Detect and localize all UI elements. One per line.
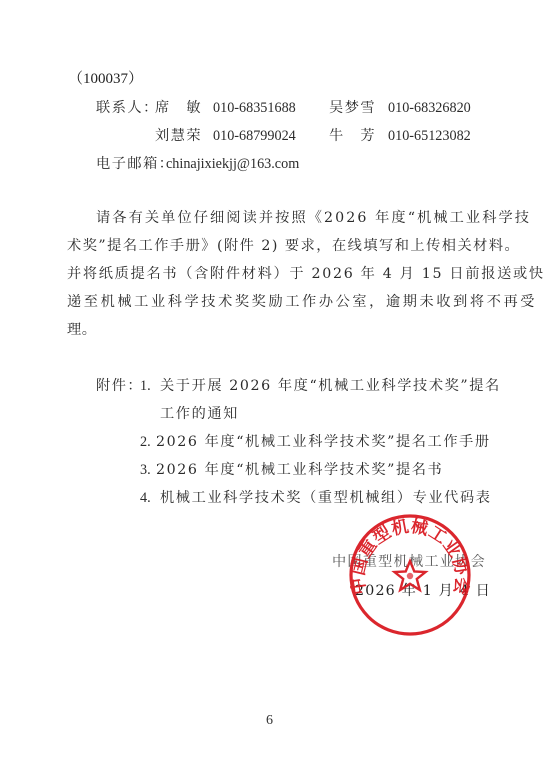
- email-address[interactable]: chinajixiekjj@163.com: [166, 155, 299, 173]
- attachment-3-title: 2026 年度“机械工业科学技术奖”提名书: [156, 461, 443, 479]
- signature-organization: 中国重型机械工业协会: [332, 553, 486, 571]
- contact-phone-2: 010-68326820: [388, 99, 471, 117]
- attachment-4-number: 4.: [140, 489, 151, 507]
- attachment-1-title-line-2: 工作的通知: [160, 405, 239, 423]
- email-label: 电子邮箱：: [96, 155, 174, 173]
- paragraph-line-4: 递至机械工业科学技术奖奖励工作办公室，逾期未收到将不再受: [67, 293, 537, 311]
- document-page: （100037） 联系人： 席 敏 010-68351688 吴梦雪 010-6…: [0, 0, 550, 778]
- paragraph-line-3: 并将纸质提名书（含附件材料）于 2026 年 4 月 15 日前报送或快: [67, 265, 545, 283]
- contacts-label: 联系人：: [96, 99, 159, 117]
- paragraph-line-1: 请各有关单位仔细阅读并按照《2026 年度“机械工业科学技: [96, 209, 531, 227]
- contact-name-1: 席 敏: [155, 99, 202, 117]
- attachment-1-title-line-1: 关于开展 2026 年度“机械工业科学技术奖”提名: [160, 377, 501, 395]
- postal-code: （100037）: [68, 70, 143, 88]
- paragraph-line-2: 术奖”提名工作手册》(附件 2) 要求，在线填写和上传相关材料。: [67, 237, 520, 255]
- contact-name-3: 刘慧荣: [155, 127, 202, 145]
- official-seal-icon: 中国重型机械工业协会: [348, 513, 472, 637]
- attachment-2-number: 2.: [140, 433, 151, 451]
- attachment-1-number: 1.: [140, 377, 151, 395]
- attachment-4-title: 机械工业科学技术奖（重型机械组）专业代码表: [160, 489, 492, 507]
- attachments-label: 附件：: [96, 377, 143, 395]
- contact-name-4: 牛 芳: [329, 127, 376, 145]
- contact-phone-3: 010-68799024: [213, 127, 296, 145]
- contact-phone-4: 010-65123082: [388, 127, 471, 145]
- attachment-2-title: 2026 年度“机械工业科学技术奖”提名工作手册: [156, 433, 491, 451]
- signature-date: 2026 年 1 月 4 日: [355, 582, 491, 600]
- page-number: 6: [266, 713, 273, 729]
- paragraph-line-5: 理。: [67, 321, 97, 339]
- contact-phone-1: 010-68351688: [213, 99, 296, 117]
- attachment-3-number: 3.: [140, 461, 151, 479]
- contact-name-2: 吴梦雪: [329, 99, 376, 117]
